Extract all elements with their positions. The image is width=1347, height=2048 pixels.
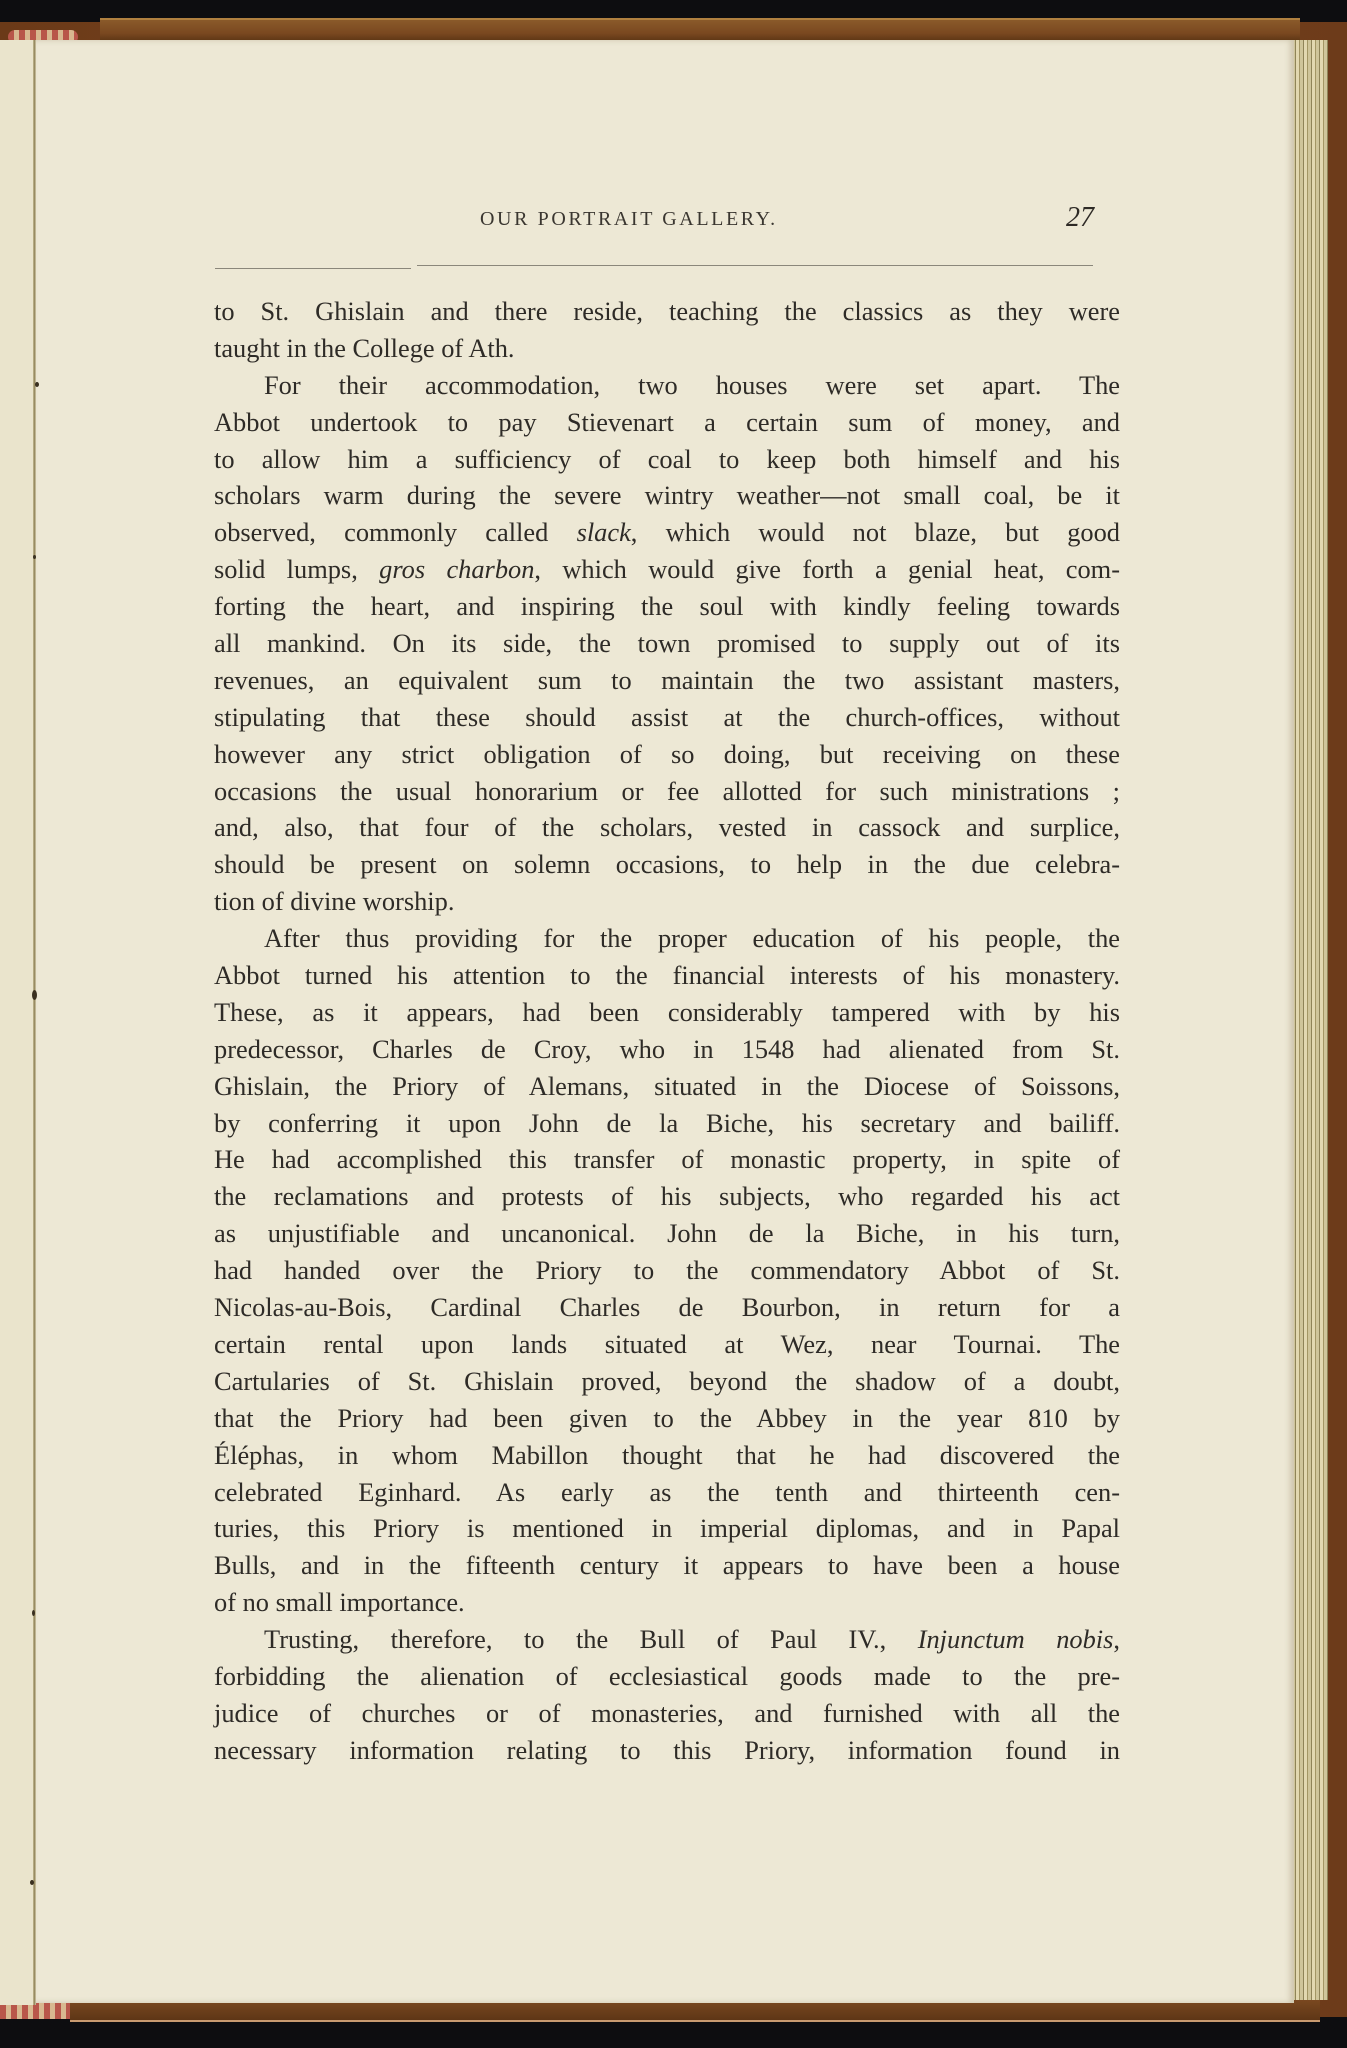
- headband-bottom: [0, 2003, 70, 2019]
- left-page-sliver: [0, 40, 34, 2005]
- text-line: should be present on solemn occasions, t…: [214, 846, 1120, 883]
- header-rule: [215, 268, 411, 269]
- text-line: as unjustifiable and uncanonical. John d…: [214, 1215, 1120, 1252]
- margin-fleck: [30, 1880, 34, 1885]
- gutter-fold: [33, 40, 36, 2005]
- text-line: Ghislain, the Priory of Alemans, situate…: [214, 1068, 1120, 1105]
- text-line: Abbot turned his attention to the financ…: [214, 957, 1120, 994]
- running-head: OUR PORTRAIT GALLERY. 27: [0, 208, 1347, 238]
- text-line: of no small importance.: [214, 1584, 1120, 1621]
- text-line: taught in the College of Ath.: [214, 330, 1120, 367]
- text-line: had handed over the Priory to the commen…: [214, 1252, 1120, 1289]
- text-line: turies, this Priory is mentioned in impe…: [214, 1510, 1120, 1547]
- text-line: For their accommodation, two houses were…: [214, 367, 1120, 404]
- text-line: and, also, that four of the scholars, ve…: [214, 809, 1120, 846]
- text-line: observed, commonly called slack, which w…: [214, 514, 1120, 551]
- margin-fleck: [33, 555, 36, 559]
- text-line: solid lumps, gros charbon, which would g…: [214, 551, 1120, 588]
- text-run: , which would not blaze, but good: [631, 517, 1120, 547]
- text-line: forting the heart, and inspiring the sou…: [214, 588, 1120, 625]
- text-run: , which would give forth a genial heat, …: [534, 554, 1120, 584]
- running-title: OUR PORTRAIT GALLERY.: [480, 208, 778, 231]
- margin-fleck: [35, 382, 39, 387]
- italic-term: gros charbon: [379, 554, 534, 584]
- header-rule: [417, 265, 1093, 266]
- text-line: to St. Ghislain and there reside, teachi…: [214, 293, 1120, 330]
- text-line: revenues, an equivalent sum to maintain …: [214, 662, 1120, 699]
- cover-edge-bottom: [70, 2000, 1320, 2022]
- text-line: celebrated Eginhard. As early as the ten…: [214, 1474, 1120, 1511]
- cover-edge-top: [100, 18, 1300, 42]
- text-line: scholars warm during the severe wintry w…: [214, 477, 1120, 514]
- text-line: occasions the usual honorarium or fee al…: [214, 773, 1120, 810]
- text-line: Éléphas, in whom Mabillon thought that h…: [214, 1437, 1120, 1474]
- text-line: judice of churches or of monasteries, an…: [214, 1695, 1120, 1732]
- text-line: predecessor, Charles de Croy, who in 154…: [214, 1031, 1120, 1068]
- text-line: necessary information relating to this P…: [214, 1732, 1120, 1769]
- text-line: Cartularies of St. Ghislain proved, beyo…: [214, 1363, 1120, 1400]
- text-run: observed, commonly called: [214, 517, 577, 547]
- text-line: however any strict obligation of so doin…: [214, 736, 1120, 773]
- body-text: to St. Ghislain and there reside, teachi…: [214, 293, 1120, 1769]
- text-line: stipulating that these should assist at …: [214, 699, 1120, 736]
- text-line: Trusting, therefore, to the Bull of Paul…: [214, 1621, 1120, 1658]
- text-line: tion of divine worship.: [214, 883, 1120, 920]
- margin-fleck: [32, 990, 37, 1000]
- text-line: by conferring it upon John de la Biche, …: [214, 1105, 1120, 1142]
- text-line: to allow him a sufficiency of coal to ke…: [214, 441, 1120, 478]
- text-line: Nicolas-au-Bois, Cardinal Charles de Bou…: [214, 1289, 1120, 1326]
- page-fore-edge: [1292, 40, 1328, 2000]
- text-run: ,: [1113, 1624, 1120, 1654]
- text-line: He had accomplished this transfer of mon…: [214, 1141, 1120, 1178]
- text-line: forbidding the alienation of ecclesiasti…: [214, 1658, 1120, 1695]
- text-run: Trusting, therefore, to the Bull of Paul…: [264, 1624, 918, 1654]
- text-line: These, as it appears, had been considera…: [214, 994, 1120, 1031]
- text-line: the reclamations and protests of his sub…: [214, 1178, 1120, 1215]
- italic-term: slack: [577, 517, 631, 547]
- text-line: that the Priory had been given to the Ab…: [214, 1400, 1120, 1437]
- text-run: solid lumps,: [214, 554, 379, 584]
- text-line: Abbot undertook to pay Stievenart a cert…: [214, 404, 1120, 441]
- text-line: After thus providing for the proper educ…: [214, 920, 1120, 957]
- text-line: certain rental upon lands situated at We…: [214, 1326, 1120, 1363]
- italic-term: Injunctum nobis: [918, 1624, 1114, 1654]
- text-line: Bulls, and in the fifteenth century it a…: [214, 1547, 1120, 1584]
- text-line: all mankind. On its side, the town promi…: [214, 625, 1120, 662]
- page-number: 27: [1066, 202, 1094, 234]
- margin-fleck: [32, 1610, 35, 1616]
